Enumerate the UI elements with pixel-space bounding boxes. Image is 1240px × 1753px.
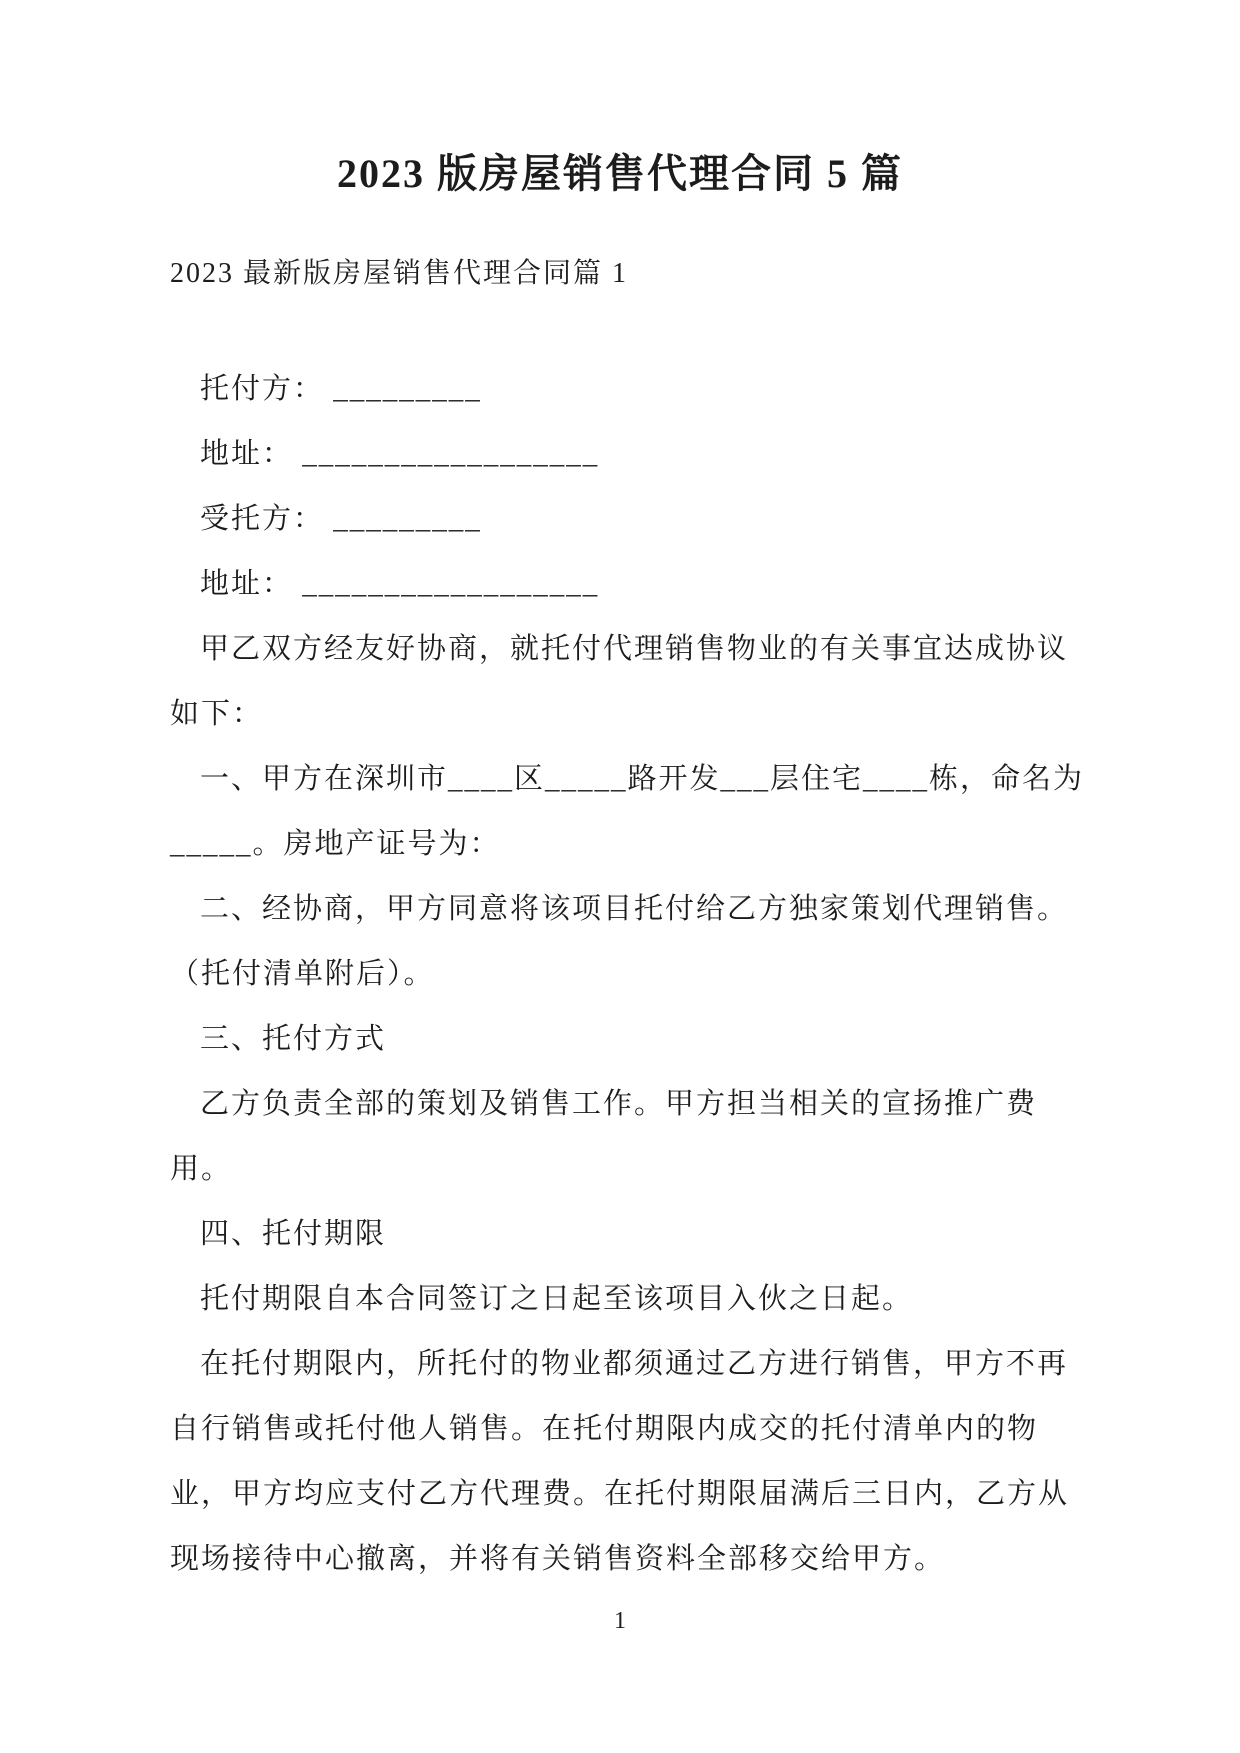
clause-3-line: 乙方负责全部的策划及销售工作。甲方担当相关的宣扬推广费 — [170, 1072, 1090, 1137]
clause-4-line: 在托付期限内，所托付的物业都须通过乙方进行销售，甲方不再 — [170, 1332, 1090, 1397]
clause-4-line: 自行销售或托付他人销售。在托付期限内成交的托付清单内的物 — [170, 1397, 1090, 1462]
clause-1-line: _____。房地产证号为： — [170, 812, 1090, 877]
clause-4-line: 业，甲方均应支付乙方代理费。在托付期限届满后三日内，乙方从 — [170, 1462, 1090, 1527]
form-line-consignee: 受托方： _________ — [170, 487, 1090, 552]
paragraph-line: 如下： — [170, 682, 1090, 747]
clause-2-line: （托付清单附后）。 — [170, 942, 1090, 1007]
document-title: 2023 版房屋销售代理合同 5 篇 — [0, 0, 1240, 199]
clause-4-line: 托付期限自本合同签订之日起至该项目入伙之日起。 — [170, 1267, 1090, 1332]
clause-3-line: 用。 — [170, 1137, 1090, 1202]
clause-2-line: 二、经协商，甲方同意将该项目托付给乙方独家策划代理销售。 — [170, 877, 1090, 942]
form-line-consignor-address: 地址： __________________ — [170, 422, 1090, 487]
clause-1-line: 一、甲方在深圳市____区_____路开发___层住宅____栋，命名为 — [170, 747, 1090, 812]
page-number: 1 — [0, 1608, 1240, 1635]
clause-3-heading: 三、托付方式 — [170, 1007, 1090, 1072]
clause-4-line: 现场接待中心撤离，并将有关销售资料全部移交给甲方。 — [170, 1527, 1090, 1592]
clause-4-heading: 四、托付期限 — [170, 1202, 1090, 1267]
contract-document-page: 2023 版房屋销售代理合同 5 篇 2023 最新版房屋销售代理合同篇 1 托… — [0, 0, 1240, 1753]
form-line-consignee-address: 地址： __________________ — [170, 552, 1090, 617]
paragraph-line: 甲乙双方经友好协商，就托付代理销售物业的有关事宜达成协议 — [170, 617, 1090, 682]
document-body: 托付方： _________ 地址： __________________ 受托… — [170, 357, 1090, 1592]
form-line-consignor: 托付方： _________ — [170, 357, 1090, 422]
document-subtitle: 2023 最新版房屋销售代理合同篇 1 — [170, 251, 1240, 291]
